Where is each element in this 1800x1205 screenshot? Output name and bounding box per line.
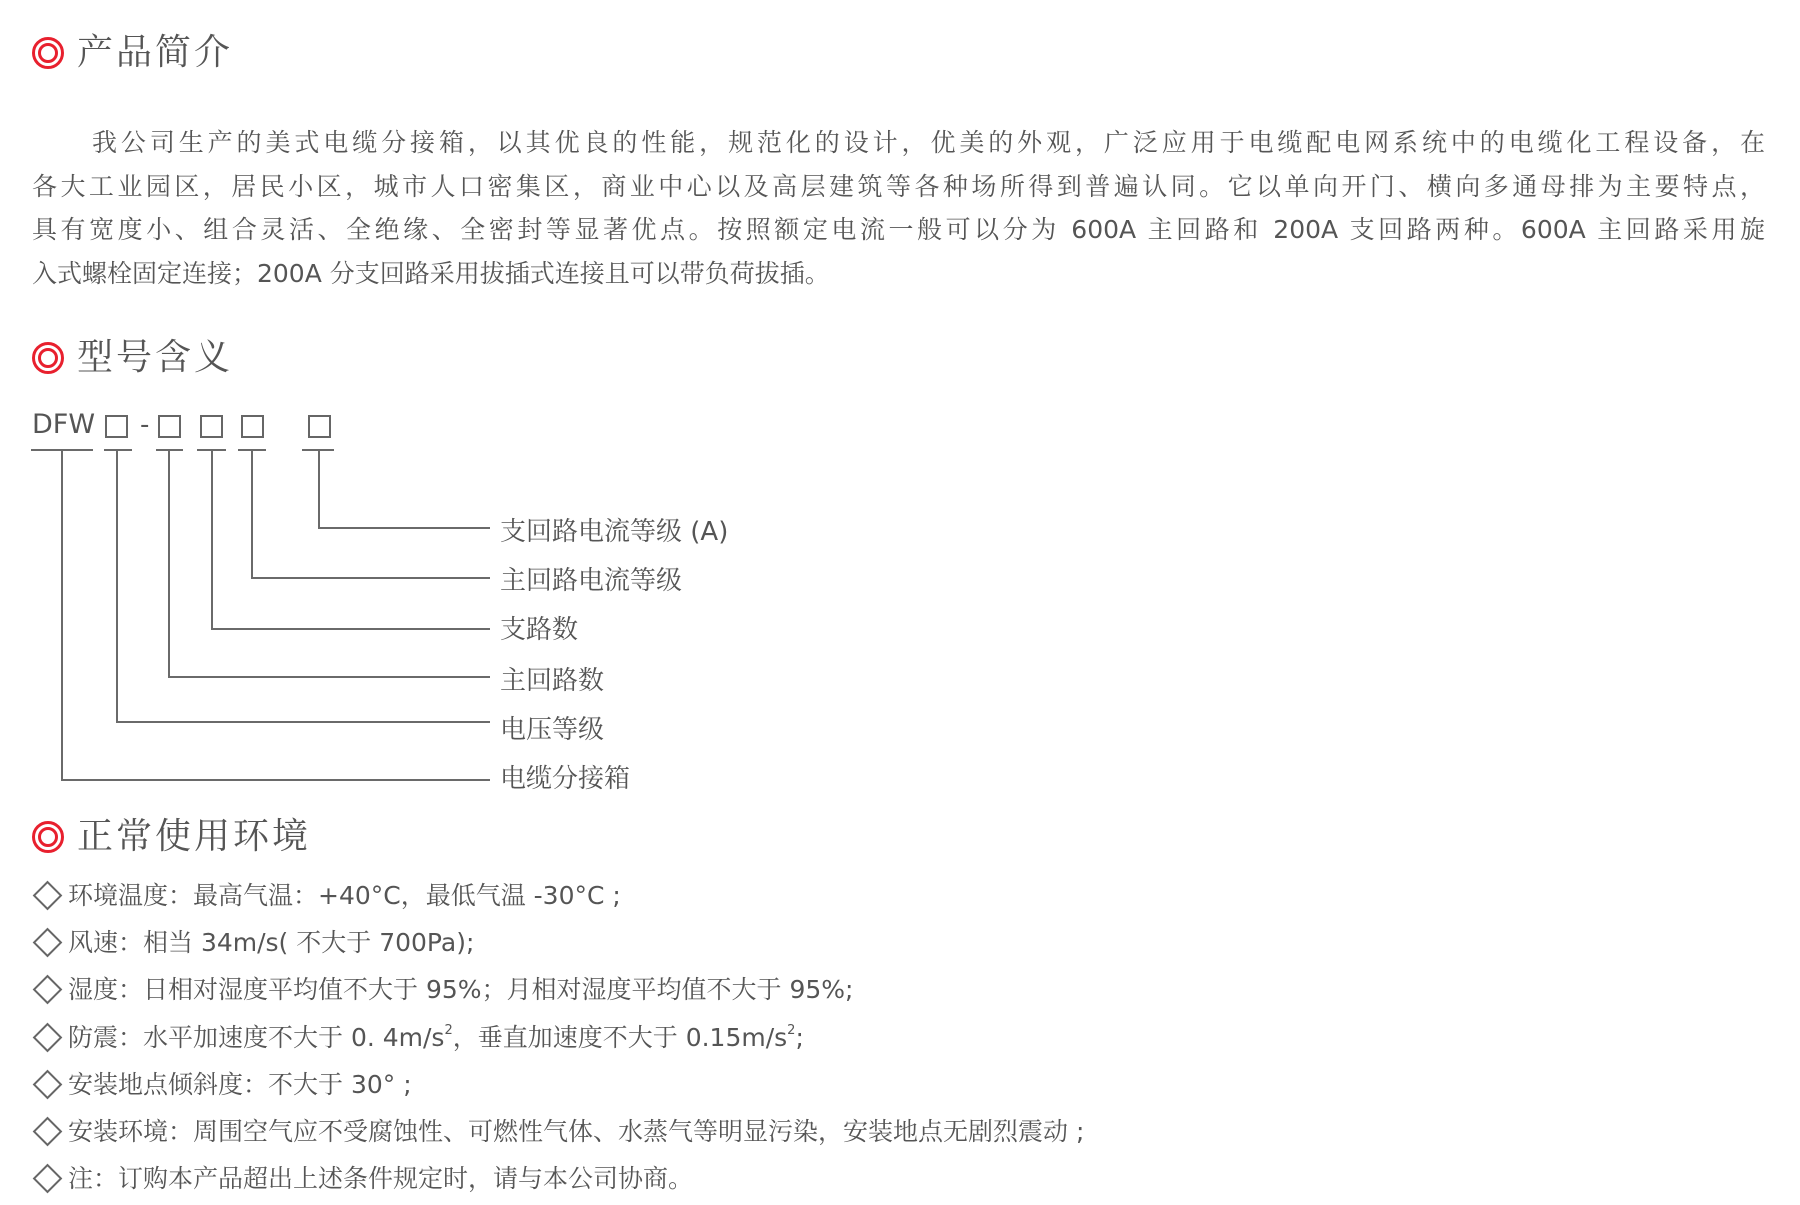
- double-circle-icon: [32, 342, 64, 374]
- label-main-current-rating: 主回路电流等级: [500, 565, 682, 597]
- connector-line: [318, 450, 320, 528]
- heading-title: 型号含义: [77, 336, 233, 380]
- paragraph-line: 具有宽度小、组合灵活、全绝缘、全密封等显著优点。按照额定电流一般可以分为 600…: [32, 208, 1765, 252]
- diamond-icon: [33, 1164, 63, 1194]
- list-item-text: 注：订购本产品超出上述条件规定时，请与本公司协商。: [68, 1155, 693, 1202]
- list-item: 防震：水平加速度不大于 0. 4m/s2，垂直加速度不大于 0.15m/s2;: [32, 1014, 1084, 1061]
- list-item: 环境温度：最高气温：+40°C，最低气温 -30°C ;: [32, 872, 1084, 919]
- connector-line: [211, 450, 213, 629]
- label-branch-count: 支路数: [500, 614, 578, 646]
- label-voltage-level: 电压等级: [500, 714, 604, 746]
- list-item-text: 湿度：日相对湿度平均值不大于 95%；月相对湿度平均值不大于 95%;: [68, 966, 853, 1013]
- double-circle-icon: [32, 37, 64, 69]
- placeholder-box-voltage: [105, 415, 128, 438]
- diamond-icon: [33, 1022, 63, 1052]
- list-item-text: 环境温度：最高气温：+40°C，最低气温 -30°C ;: [68, 872, 621, 919]
- text-segment: 防震：水平加速度不大于 0. 4m/s: [68, 1023, 444, 1052]
- text-segment: ，垂直加速度不大于 0.15m/s: [453, 1023, 787, 1052]
- connector-line: [251, 577, 490, 579]
- placeholder-box-branch-current: [308, 415, 331, 438]
- list-item-text: 防震：水平加速度不大于 0. 4m/s2，垂直加速度不大于 0.15m/s2;: [68, 1014, 804, 1061]
- connector-line: [318, 527, 490, 529]
- list-item: 安装地点倾斜度：不大于 30° ;: [32, 1061, 1084, 1108]
- diamond-icon: [33, 928, 63, 958]
- connector-line: [61, 779, 490, 781]
- environment-list: 环境温度：最高气温：+40°C，最低气温 -30°C ; 风速：相当 34m/s…: [32, 872, 1084, 1202]
- connector-line: [251, 450, 253, 578]
- placeholder-box-main-circuits: [158, 415, 181, 438]
- label-branch-current-rating: 支回路电流等级 (A): [500, 516, 728, 548]
- connector-line: [116, 450, 118, 722]
- list-item: 注：订购本产品超出上述条件规定时，请与本公司协商。: [32, 1155, 1084, 1202]
- list-item: 风速：相当 34m/s( 不大于 700Pa);: [32, 919, 1084, 966]
- label-main-circuit-count: 主回路数: [500, 665, 604, 697]
- diamond-icon: [33, 881, 63, 911]
- diamond-icon: [33, 975, 63, 1005]
- model-code-separator: -: [140, 410, 149, 440]
- intro-paragraph: 我公司生产的美式电缆分接箱，以其优良的性能，规范化的设计，优美的外观，广泛应用于…: [32, 121, 1765, 295]
- paragraph-line: 我公司生产的美式电缆分接箱，以其优良的性能，规范化的设计，优美的外观，广泛应用于…: [32, 121, 1765, 165]
- label-cable-branch-box: 电缆分接箱: [500, 763, 630, 795]
- double-circle-icon: [32, 821, 64, 853]
- connector-line: [211, 628, 490, 630]
- list-item-text: 安装环境：周围空气应不受腐蚀性、可燃性气体、水蒸气等明显污染，安装地点无剧烈震动…: [68, 1108, 1084, 1155]
- list-item-text: 风速：相当 34m/s( 不大于 700Pa);: [68, 919, 474, 966]
- diamond-icon: [33, 1117, 63, 1147]
- underline: [104, 449, 132, 451]
- heading-title: 产品简介: [77, 31, 233, 75]
- connector-line: [116, 721, 490, 723]
- section-heading-intro: 产品简介: [32, 31, 233, 75]
- connector-line: [61, 450, 63, 780]
- paragraph-line: 入式螺栓固定连接；200A 分支回路采用拔插式连接且可以带负荷拔插。: [32, 252, 1765, 296]
- list-item-text: 安装地点倾斜度：不大于 30° ;: [68, 1061, 412, 1108]
- list-item: 湿度：日相对湿度平均值不大于 95%；月相对湿度平均值不大于 95%;: [32, 966, 1084, 1013]
- diamond-icon: [33, 1069, 63, 1099]
- list-item: 安装环境：周围空气应不受腐蚀性、可燃性气体、水蒸气等明显污染，安装地点无剧烈震动…: [32, 1108, 1084, 1155]
- section-heading-model: 型号含义: [32, 336, 233, 380]
- placeholder-box-branches: [200, 415, 223, 438]
- connector-line: [168, 676, 490, 678]
- model-code-diagram: DFW - 支回路电流等级 (A) 主回路电流等级 支路数 主回路数 电压等级 …: [0, 400, 800, 800]
- placeholder-box-main-current: [241, 415, 264, 438]
- superscript: 2: [444, 1023, 452, 1038]
- model-code-prefix: DFW: [32, 410, 95, 440]
- section-heading-environment: 正常使用环境: [32, 815, 311, 859]
- heading-title: 正常使用环境: [77, 815, 311, 859]
- text-segment: ;: [795, 1023, 803, 1052]
- connector-line: [168, 450, 170, 677]
- paragraph-line: 各大工业园区，居民小区，城市人口密集区，商业中心以及高层建筑等各种场所得到普遍认…: [32, 165, 1765, 209]
